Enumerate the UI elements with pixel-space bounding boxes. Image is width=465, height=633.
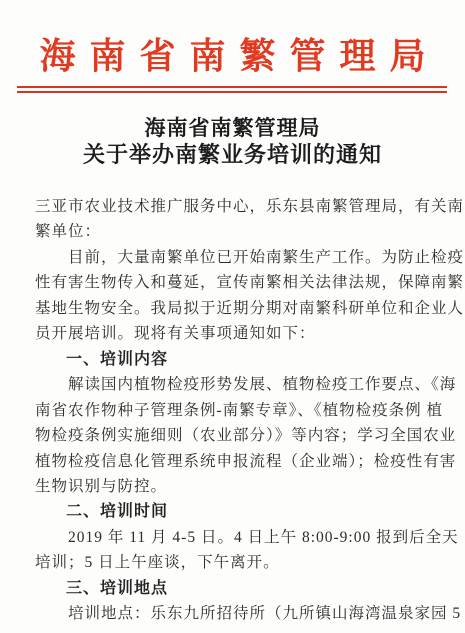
section-heading-2: 二、培训时间 bbox=[35, 499, 464, 524]
body-line: 培训地点：乐东九所招待所（九所镇山海湾温泉家园 5 bbox=[35, 601, 433, 626]
document-title-line-2: 关于举办南繁业务培训的通知 bbox=[0, 141, 465, 168]
salutation-line: 繁单位： bbox=[35, 219, 433, 244]
body-line: 南省农作物种子管理条例-南繁专章》、《植物检疫条例 植 bbox=[35, 398, 433, 423]
body-line: 目前，大量南繁单位已开始南繁生产工作。为防止检疫 bbox=[35, 245, 433, 270]
salutation-line: 三亚市农业技术推广服务中心，乐东县南繁管理局，有关南 bbox=[35, 194, 433, 219]
body-line: 解读国内植物检疫形势发展、植物检疫工作要点、《海 bbox=[35, 372, 433, 397]
section-heading-1: 一、培训内容 bbox=[35, 347, 464, 372]
body-line: 物检疫条例实施细则（农业部分）》等内容；学习全国农业 bbox=[35, 423, 433, 448]
letterhead-title: 海南省南繁管理局 bbox=[0, 34, 465, 78]
body-line: 生物识别与防控。 bbox=[35, 474, 433, 499]
red-double-rule bbox=[17, 86, 447, 93]
section-heading-3: 三、培训地点 bbox=[35, 576, 464, 601]
body-line: 性有害生物传入和蔓延，宣传南繁相关法律法规，保障南繁 bbox=[35, 270, 433, 295]
body-line: 员开展培训。现将有关事项通知如下： bbox=[35, 321, 433, 346]
document-title-line-1: 海南省南繁管理局 bbox=[0, 116, 465, 140]
body-line: 2019 年 11 月 4-5 日。4 日上午 8:00-9:00 报到后全天 bbox=[35, 525, 433, 550]
document-page: 海南省南繁管理局 海南省南繁管理局 关于举办南繁业务培训的通知 三亚市农业技术推… bbox=[0, 0, 465, 633]
body-line: 基地生物安全。我局拟于近期分期对南繁科研单位和企业人 bbox=[35, 296, 433, 321]
document-body: 三亚市农业技术推广服务中心，乐东县南繁管理局，有关南 繁单位： 目前，大量南繁单… bbox=[35, 194, 433, 627]
body-line: 植物检疫信息化管理系统申报流程（企业端）；检疫性有害 bbox=[35, 449, 433, 474]
body-line: 培训；5 日上午座谈，下午离开。 bbox=[35, 550, 433, 575]
